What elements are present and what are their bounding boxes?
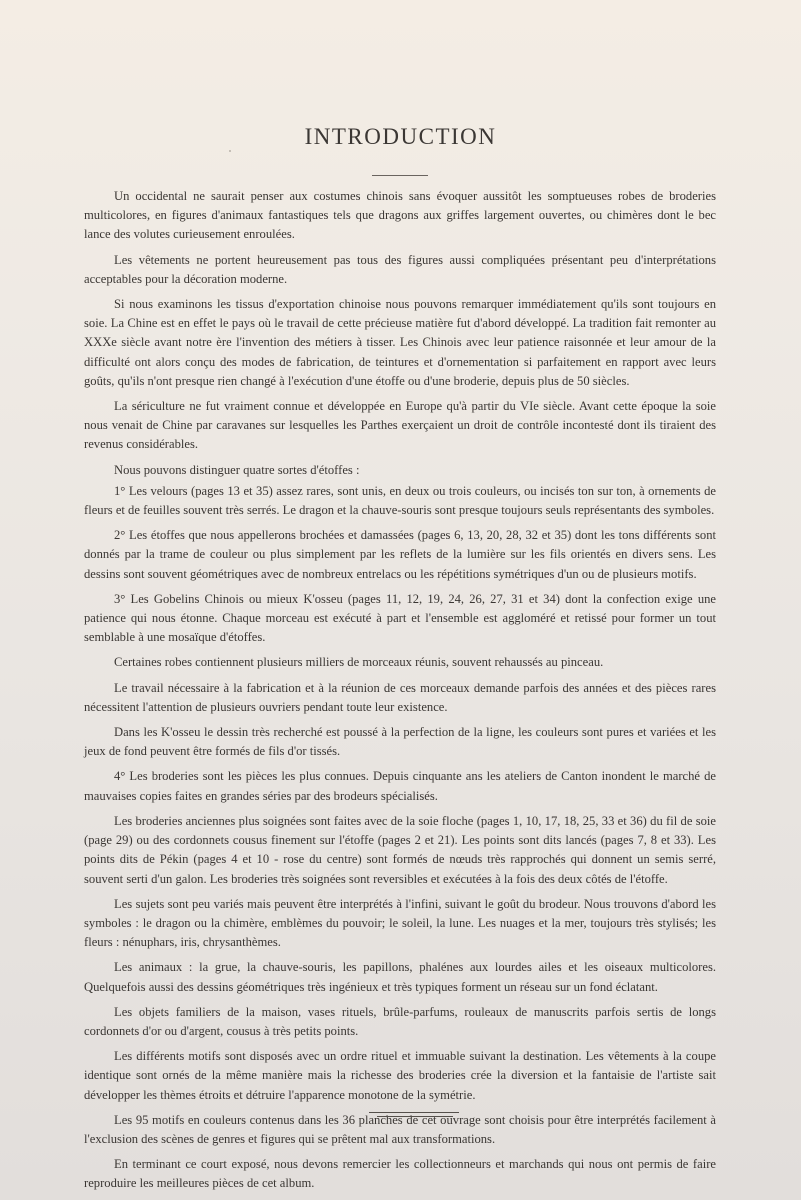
closing-rule-top xyxy=(369,1112,459,1113)
paragraph: Dans les K'osseu le dessin très recherch… xyxy=(84,723,716,761)
paragraph: Les différents motifs sont disposés avec… xyxy=(84,1047,716,1105)
paragraph: Les vêtements ne portent heureusement pa… xyxy=(84,251,716,289)
paragraph: Les sujets sont peu variés mais peuvent … xyxy=(84,895,716,953)
paragraph: Si nous examinons les tissus d'exportati… xyxy=(84,295,716,391)
paragraph: 4° Les broderies sont les pièces les plu… xyxy=(84,767,716,805)
paragraph: Les broderies anciennes plus soignées so… xyxy=(84,812,716,889)
page-title: INTRODUCTION xyxy=(0,124,801,150)
paragraph: En terminant ce court exposé, nous devon… xyxy=(84,1155,716,1193)
title-divider xyxy=(372,175,428,176)
paragraph: Certaines robes contiennent plusieurs mi… xyxy=(84,653,716,672)
paragraph: Les animaux : la grue, la chauve-souris,… xyxy=(84,958,716,996)
paragraph: 3° Les Gobelins Chinois ou mieux K'osseu… xyxy=(84,590,716,648)
paragraph: Un occidental ne saurait penser aux cost… xyxy=(84,187,716,245)
paragraph: La sériculture ne fut vraiment connue et… xyxy=(84,397,716,455)
paragraph: Nous pouvons distinguer quatre sortes d'… xyxy=(84,461,716,480)
paragraph: Les objets familiers de la maison, vases… xyxy=(84,1003,716,1041)
document-page: INTRODUCTION Un occidental ne saurait pe… xyxy=(0,0,801,1200)
paragraph: 2° Les étoffes que nous appellerons broc… xyxy=(84,526,716,584)
introduction-body: Un occidental ne saurait penser aux cost… xyxy=(84,187,716,1200)
paragraph: Le travail nécessaire à la fabrication e… xyxy=(84,679,716,717)
closing-rule-bottom xyxy=(377,1116,453,1117)
paragraph: 1° Les velours (pages 13 et 35) assez ra… xyxy=(84,482,716,520)
paper-speck xyxy=(229,150,231,152)
